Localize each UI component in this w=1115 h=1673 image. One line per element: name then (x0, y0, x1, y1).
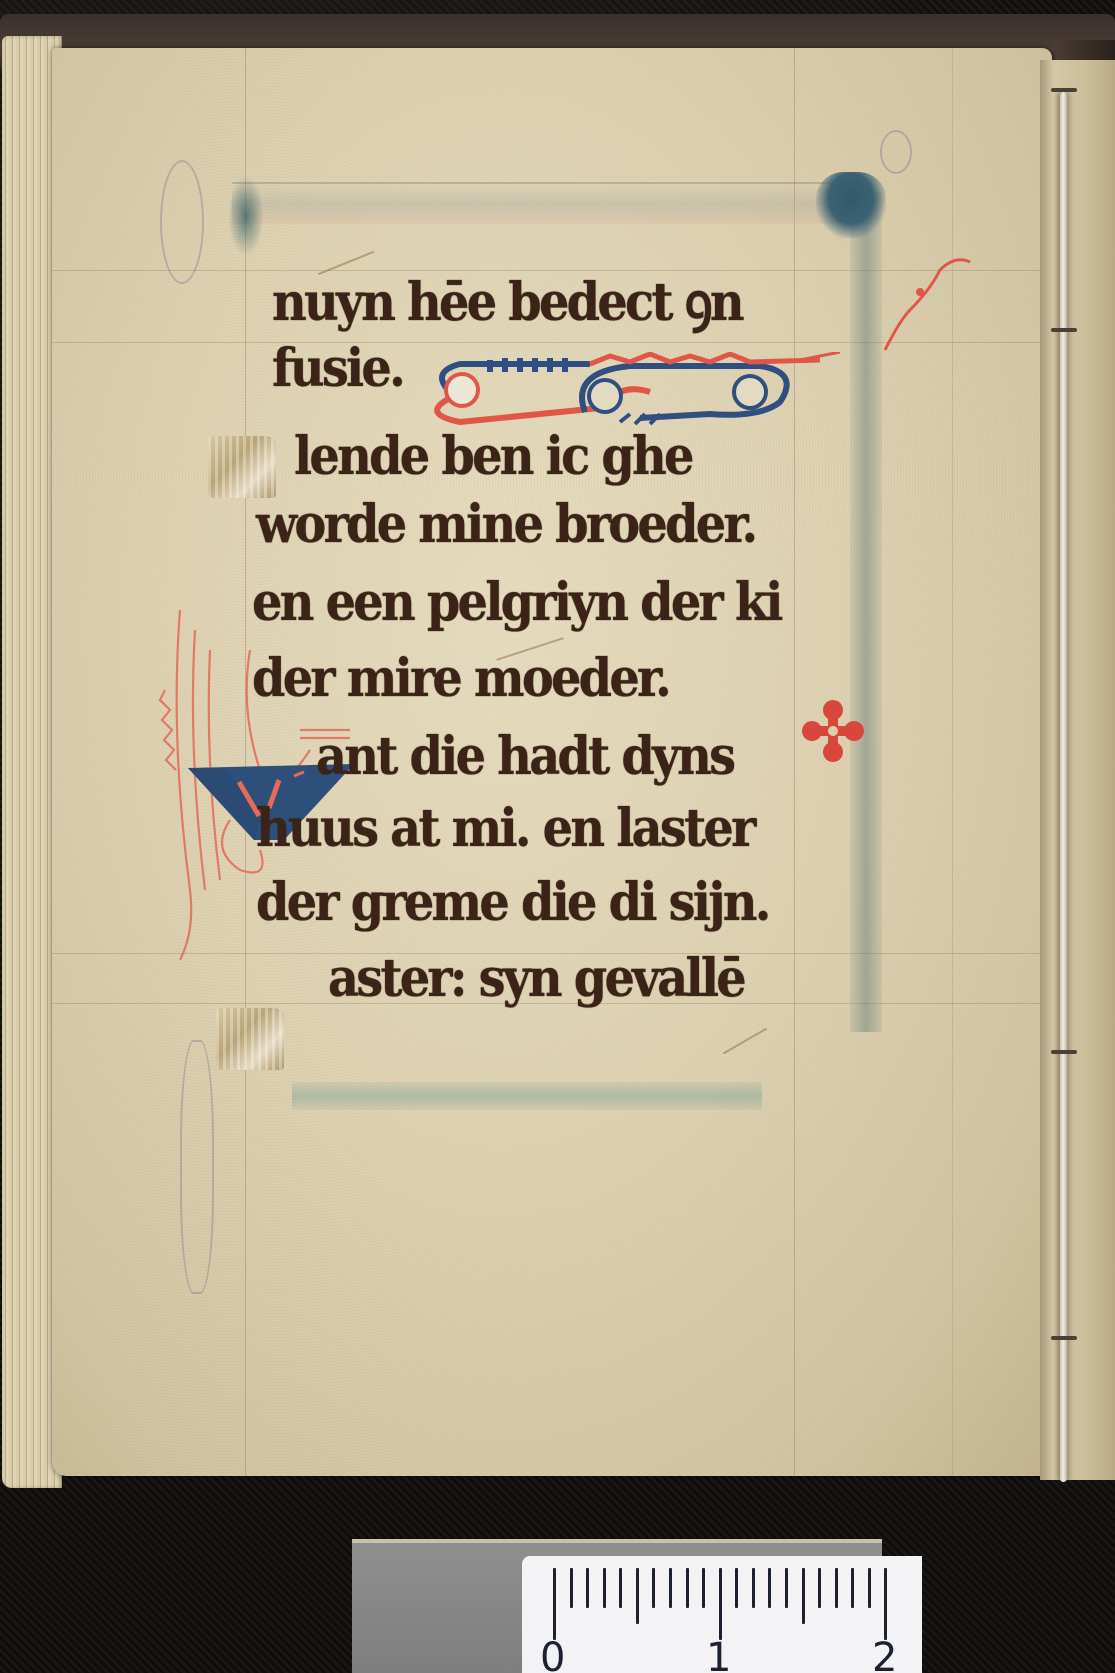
ruler-tick-major (884, 1568, 887, 1640)
ruler-tick-half (636, 1568, 639, 1624)
binding-stitch (1051, 1050, 1077, 1054)
text-line: worde mine broeder. (256, 490, 755, 560)
border-corner-right (816, 172, 886, 238)
ruler-tick (586, 1568, 589, 1608)
ruler-tick-half (802, 1568, 805, 1624)
ruler-tick (752, 1568, 755, 1608)
margin-sketch (880, 130, 912, 174)
ruler-tick (669, 1568, 672, 1608)
text-line: en een pelgriyn der ki (252, 568, 781, 638)
ruler-tick-major (553, 1568, 556, 1640)
scale-ruler: 0 1 2 (522, 1556, 922, 1673)
text-line: huus at mi. en laster (256, 794, 754, 864)
border-bottom (292, 1082, 762, 1110)
ruler-tick (818, 1568, 821, 1608)
binding-stitch (1051, 328, 1077, 332)
ruler-tick (702, 1568, 705, 1608)
text-line: fusie. (272, 334, 403, 404)
ruler-label: 2 (872, 1638, 897, 1673)
margin-sketch (180, 1040, 214, 1294)
ruler-tick (603, 1568, 606, 1608)
border-corner-left (228, 176, 264, 256)
ruler-tick (768, 1568, 771, 1608)
binding-stitch (1051, 1336, 1077, 1340)
book-gutter (1040, 60, 1115, 1480)
ruler-tick (785, 1568, 788, 1608)
margin-sketch (160, 160, 204, 284)
ruler-tick (851, 1568, 854, 1608)
ruler-tick (570, 1568, 573, 1608)
text-line: aster: syn gevallē (328, 944, 744, 1014)
ruler-tick (735, 1568, 738, 1608)
ruler-label: 1 (706, 1638, 731, 1673)
ruler-tick (652, 1568, 655, 1608)
border-top (232, 182, 872, 224)
text-line: der greme die di sijn. (256, 868, 769, 938)
text-line: der mire moeder. (252, 644, 669, 714)
gold-initial-l (216, 1008, 284, 1070)
ruler-label: 0 (540, 1638, 565, 1673)
binding-stitch (1051, 88, 1077, 92)
red-quatrefoil-icon (798, 696, 868, 766)
gold-initial-e (208, 436, 276, 498)
red-flourish (880, 250, 980, 360)
text-line: nuyn hēe bedect ꝯn (272, 268, 742, 338)
text-line: ant die hadt dyns (316, 722, 733, 792)
ruler-tick (835, 1568, 838, 1608)
ruler-tick (868, 1568, 871, 1608)
border-right (850, 192, 882, 1032)
ruler-tick-major (719, 1568, 722, 1640)
line-filler-ornament (420, 352, 850, 430)
ruler-tick (619, 1568, 622, 1608)
ruler-tick (686, 1568, 689, 1608)
binding-thread (1060, 92, 1067, 1482)
text-line: lende ben ic ghe (294, 422, 692, 492)
